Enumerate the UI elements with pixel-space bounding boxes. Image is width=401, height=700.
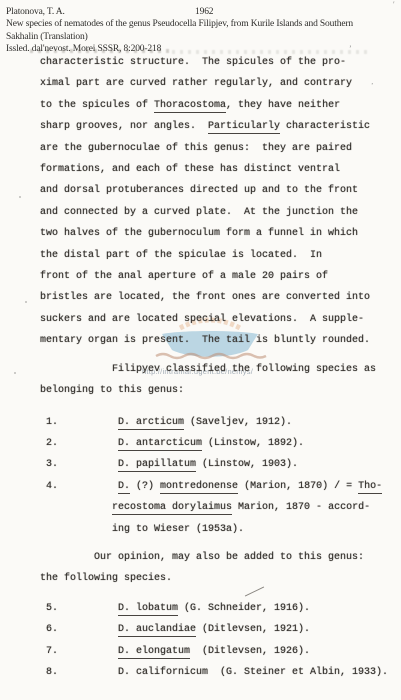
underlined-text-run: D. auclandiae (118, 624, 196, 637)
text-run: ing to Wieser (1953a). (40, 524, 244, 535)
underlined-text-run: D. papillatum (118, 459, 196, 472)
typewriter-line: formations, and each of these has distin… (40, 159, 400, 180)
typewriter-line: 4. D. (?) montredonense (Marion, 1870) /… (40, 476, 400, 497)
text-run: the following species. (40, 573, 172, 584)
typewriter-line: ximal part are curved rather regularly, … (40, 73, 400, 94)
typewriter-line: the distal part of the spiculae is locat… (40, 245, 400, 266)
text-run: , they have neither (226, 100, 340, 111)
text-run: are the gubernoculae of this genus: they… (40, 143, 352, 154)
text-run: Filipyev classified the following specie… (40, 364, 376, 375)
text-run: two halves of the gubernoculum form a fu… (40, 228, 358, 239)
text-run: characteristic structure. The spicules o… (40, 57, 346, 68)
typewriter-line: and dorsal protuberances directed up and… (40, 180, 400, 201)
typewriter-line: to the spicules of Thoracostoma, they ha… (40, 95, 400, 116)
typewritten-body: characteristic structure. The spicules o… (40, 52, 400, 683)
text-run: (Saveljev, 1912). (184, 417, 292, 428)
typewriter-line: belonging to this genus: (40, 380, 400, 401)
text-run: mentary organ is present. The tail is bl… (40, 335, 370, 346)
text-run: 5. (40, 603, 118, 614)
typewriter-line: 6. D. auclandiae (Ditlevsen, 1921). (40, 619, 400, 640)
typewriter-line: front of the anal aperture of a male 20 … (40, 266, 400, 287)
typewriter-line: characteristic structure. The spicules o… (40, 52, 400, 73)
typewriter-line: bristles are located, the front ones are… (40, 287, 400, 308)
text-run: 3. (40, 459, 118, 470)
typewriter-line: recostoma dorylaimus Marion, 1870 - acco… (40, 497, 400, 518)
typewriter-line: ing to Wieser (1953a). (40, 519, 400, 540)
typewriter-line: Filipyev classified the following specie… (40, 359, 400, 380)
scan-artifact-mark: ʹ (393, 0, 395, 9)
text-run: front of the anal aperture of a male 20 … (40, 271, 328, 282)
scan-speck (14, 372, 16, 374)
underlined-text-run: recostoma dorylaimus (112, 502, 232, 515)
text-run: (?) (130, 481, 160, 492)
text-run: 1. (40, 417, 118, 428)
scanned-paper-page: Platonova, T. A. 1962 New species of nem… (0, 0, 401, 700)
typewriter-line: 3. D. papillatum (Linstow, 1903). (40, 454, 400, 475)
text-run: 2. (40, 438, 118, 449)
text-run: (Ditlevsen, 1921). (196, 624, 310, 635)
typewriter-line: the following species. (40, 568, 400, 589)
typewriter-line: mentary organ is present. The tail is bl… (40, 330, 400, 351)
typewriter-line: sharp grooves, nor angles. Particularly … (40, 116, 400, 137)
paper-title-line2: Sakhalin (Translation) (6, 31, 398, 43)
underlined-text-run: Tho- (358, 481, 382, 494)
text-run: to the spicules of (40, 100, 154, 111)
text-run: 8. D. californicum (G. Steiner et Albin,… (40, 667, 388, 678)
typewriter-line: suckers and are located special elevatio… (40, 309, 400, 330)
underlined-text-run: D. (118, 481, 130, 494)
text-run: and dorsal protuberances directed up and… (40, 185, 358, 196)
underlined-text-run: Thoracostoma (154, 100, 226, 113)
scan-speck (25, 301, 27, 303)
text-run: 7. (40, 646, 118, 657)
text-run: sharp grooves, nor angles. (40, 121, 208, 132)
typewriter-line: are the gubernoculae of this genus: they… (40, 138, 400, 159)
text-run: (Linstow, 1892). (202, 438, 304, 449)
typewriter-line: 2. D. antarcticum (Linstow, 1892). (40, 433, 400, 454)
text-run (40, 502, 112, 513)
text-run: formations, and each of these has distin… (40, 164, 340, 175)
scan-speck (19, 196, 21, 198)
text-run: the distal part of the spiculae is locat… (40, 250, 322, 261)
author-name: Platonova, T. A. (6, 7, 65, 17)
typewriter-line: 7. D. elongatum (Ditlevsen, 1926). (40, 641, 400, 662)
underlined-text-run: D. lobatum (118, 603, 178, 616)
typewriter-line: 1. D. arcticum (Saveljev, 1912). (40, 412, 400, 433)
header-author-year-line: Platonova, T. A. 1962 (6, 6, 398, 18)
text-run: (Ditlevsen, 1926). (190, 646, 310, 657)
text-run: belonging to this genus: (40, 385, 184, 396)
citation-header: Platonova, T. A. 1962 New species of nem… (6, 6, 398, 55)
text-run: (Linstow, 1903). (196, 459, 298, 470)
underlined-text-run: Particularly (208, 121, 280, 134)
underlined-text-run: D. elongatum (118, 646, 190, 659)
typewriter-line: 8. D. californicum (G. Steiner et Albin,… (40, 662, 400, 683)
text-run: Marion, 1870 - accord- (232, 502, 370, 513)
text-run: characteristic (280, 121, 370, 132)
paper-title-line1: New species of nematodes of the genus Ps… (6, 18, 398, 30)
underlined-text-run: D. antarcticum (118, 438, 202, 451)
typewriter-line: 5. D. lobatum (G. Schneider, 1916). (40, 598, 400, 619)
text-run: ximal part are curved rather regularly, … (40, 78, 352, 89)
typewriter-line: two halves of the gubernoculum form a fu… (40, 223, 400, 244)
text-run: suckers and are located special elevatio… (40, 314, 364, 325)
typewriter-line: and connected by a curved plate. At the … (40, 202, 400, 223)
text-run: bristles are located, the front ones are… (40, 292, 370, 303)
publication-year: 1962 (195, 6, 213, 18)
text-run: (Marion, 1870) / = (238, 481, 358, 492)
text-run: and connected by a curved plate. At the … (40, 207, 358, 218)
text-run: 4. (40, 481, 118, 492)
text-run: 6. (40, 624, 118, 635)
text-run: Our opinion, may also be added to this g… (40, 552, 364, 563)
text-run: (G. Schneider, 1916). (178, 603, 310, 614)
typewriter-line: Our opinion, may also be added to this g… (40, 547, 400, 568)
underlined-text-run: montredonense (160, 481, 238, 494)
underlined-text-run: D. arcticum (118, 417, 184, 430)
